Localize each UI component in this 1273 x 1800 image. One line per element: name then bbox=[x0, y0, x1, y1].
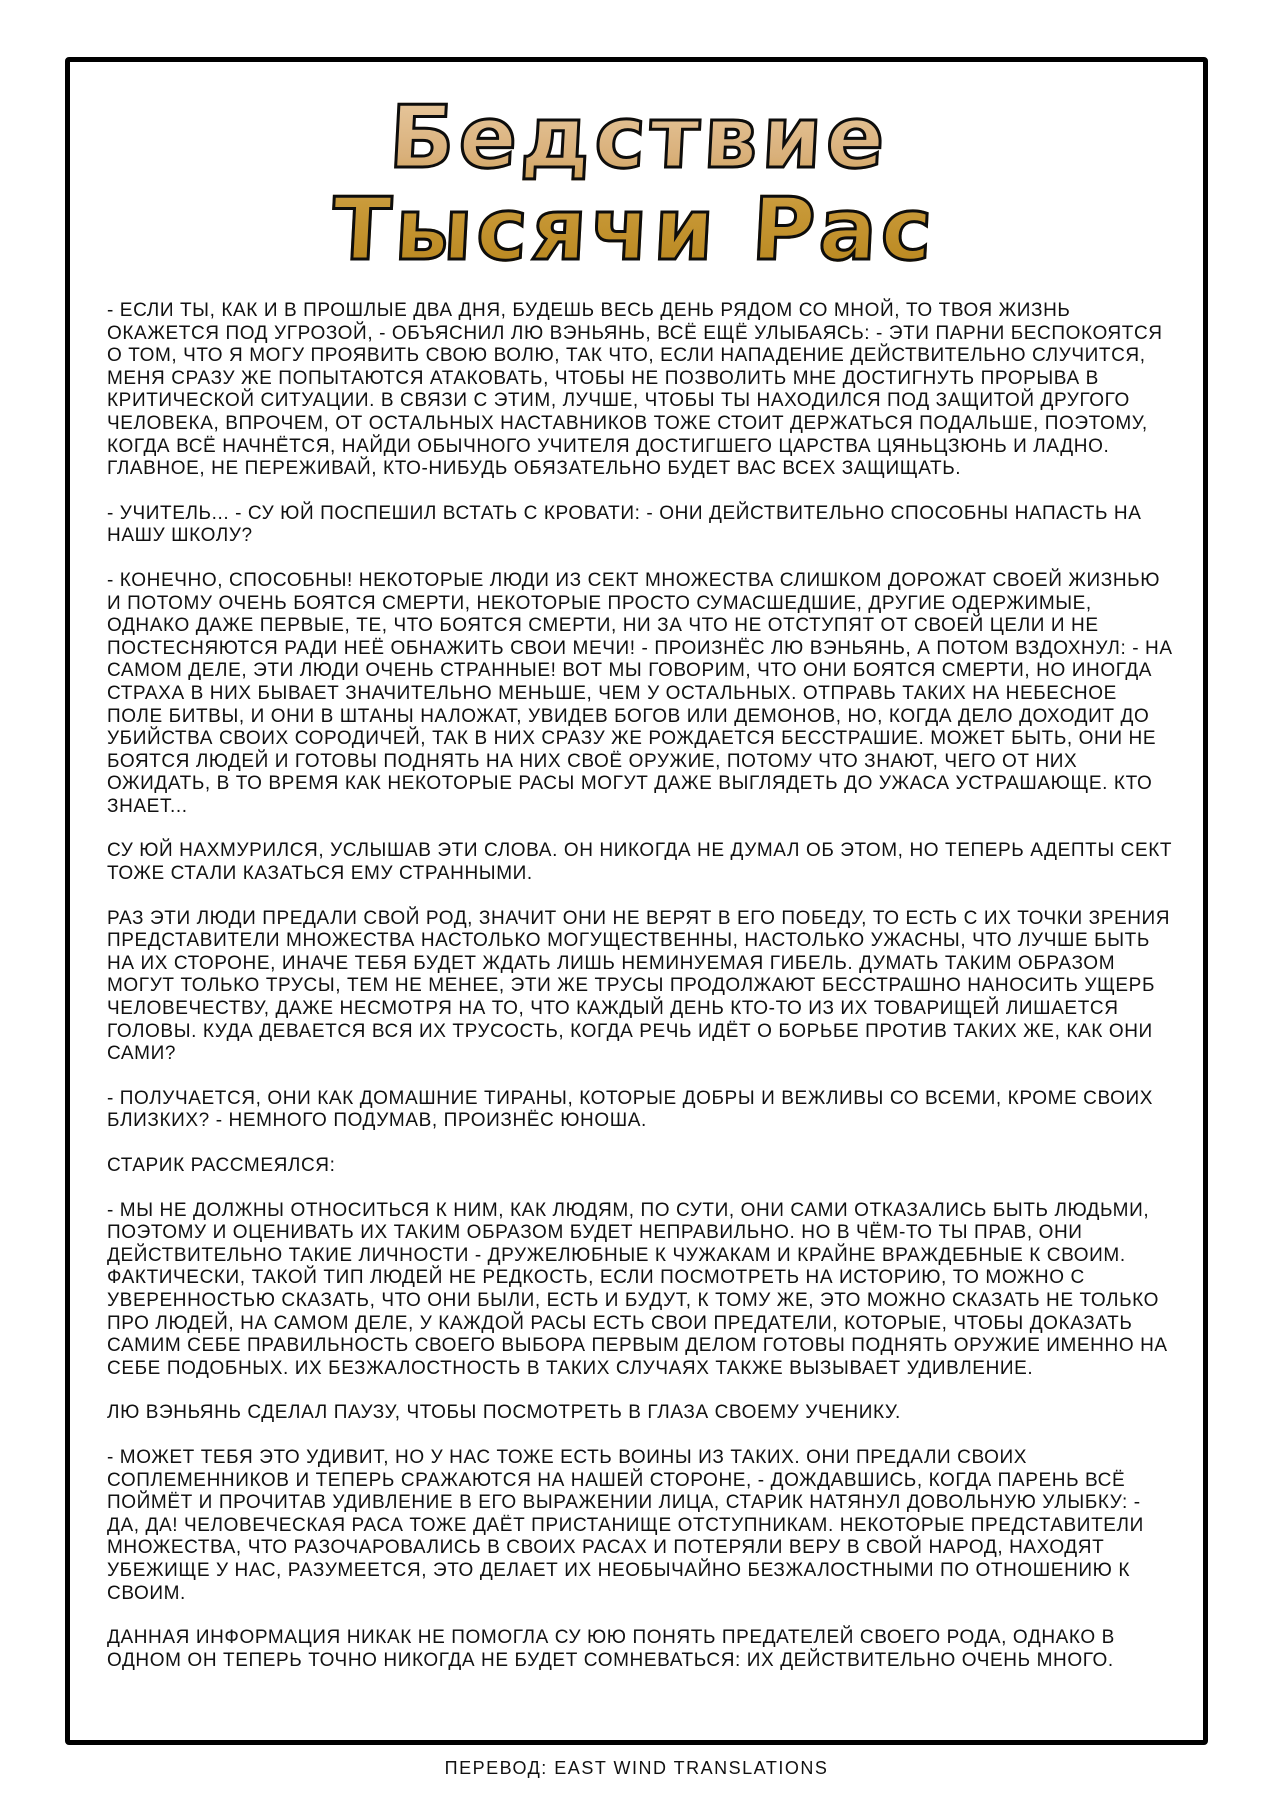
page-title: Бедствие Тысячи Рас bbox=[65, 92, 1208, 276]
title-line-2: Тысячи Рас bbox=[65, 184, 1203, 276]
title-line-1: Бедствие bbox=[70, 92, 1208, 184]
paragraph: Старик рассмеялся: bbox=[107, 1155, 1177, 1178]
paragraph: - Конечно, способны! Некоторые люди из с… bbox=[107, 570, 1177, 819]
paragraph: Лю Вэньянь сделал паузу, чтобы посмотрет… bbox=[107, 1402, 1177, 1425]
paragraph: - Учитель... - Су Юй поспешил встать с к… bbox=[107, 503, 1177, 548]
paragraph: - Если ты, как и в прошлые два дня, буде… bbox=[107, 300, 1177, 481]
translation-credit: Перевод: East Wind Translations bbox=[0, 1758, 1273, 1779]
paragraph: Раз эти люди предали свой род, значит он… bbox=[107, 908, 1177, 1066]
story-text: - Если ты, как и в прошлые два дня, буде… bbox=[107, 300, 1177, 1694]
paragraph: - Мы не должны относиться к ним, как люд… bbox=[107, 1200, 1177, 1381]
paragraph: Данная информация никак не помогла Су Юю… bbox=[107, 1627, 1177, 1672]
paragraph: - Получается, они как домашние тираны, к… bbox=[107, 1088, 1177, 1133]
paragraph: - Может тебя это удивит, но у нас тоже е… bbox=[107, 1447, 1177, 1605]
paragraph: Су Юй нахмурился, услышав эти слова. Он … bbox=[107, 840, 1177, 885]
page-frame: Бедствие Тысячи Рас - Если ты, как и в п… bbox=[65, 57, 1208, 1745]
